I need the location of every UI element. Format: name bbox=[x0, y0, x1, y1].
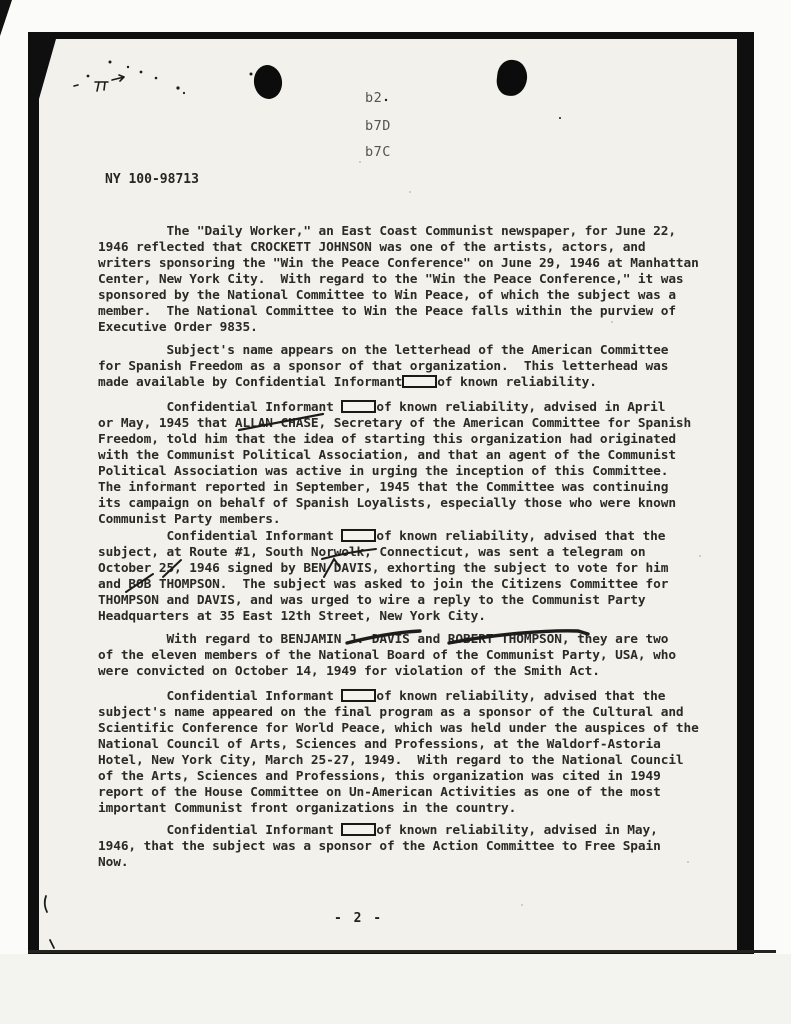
text-line: Headquarters at 35 East 12th Street, New… bbox=[98, 609, 738, 625]
text-line: were convicted on October 14, 1949 for v… bbox=[98, 664, 738, 680]
text-line: subject, at Route #1, South Norwolk, Con… bbox=[98, 545, 738, 561]
scanned-document-page: b2b7Db7C NY 100-98713 The "Daily Worker,… bbox=[0, 0, 791, 1024]
text-line: October 25, 1946 signed by BEN DAVIS, ex… bbox=[98, 561, 738, 577]
text-line: Confidential Informant of known reliabil… bbox=[98, 689, 738, 705]
text-line: Subject's name appears on the letterhead… bbox=[98, 343, 738, 359]
paragraph: With regard to BENJAMIN J. DAVIS and ROB… bbox=[98, 632, 738, 680]
text-line: Confidential Informant of known reliabil… bbox=[98, 529, 738, 545]
text-line: THOMPSON and DAVIS, and was urged to wir… bbox=[98, 593, 738, 609]
page-number: - 2 - bbox=[334, 911, 383, 926]
text-line: Confidential Informant of known reliabil… bbox=[98, 400, 738, 416]
text-line: and BOB THOMPSON. The subject was asked … bbox=[98, 577, 738, 593]
paragraph: Confidential Informant of known reliabil… bbox=[98, 400, 738, 528]
paragraph: The "Daily Worker," an East Coast Commun… bbox=[98, 224, 738, 336]
text-line: Communist Party members. bbox=[98, 512, 738, 528]
text-line: subject's name appeared on the final pro… bbox=[98, 705, 738, 721]
paragraph: Confidential Informant of known reliabil… bbox=[98, 689, 738, 817]
text-line: Political Association was active in urgi… bbox=[98, 464, 738, 480]
text-line: of the eleven members of the National Bo… bbox=[98, 648, 738, 664]
text-line: its campaign on behalf of Spanish Loyali… bbox=[98, 496, 738, 512]
text-line: for Spanish Freedom as a sponsor of that… bbox=[98, 359, 738, 375]
text-line: Confidential Informant of known reliabil… bbox=[98, 823, 738, 839]
text-line: Center, New York City. With regard to th… bbox=[98, 272, 738, 288]
text-line: of the Arts, Sciences and Professions, t… bbox=[98, 769, 738, 785]
text-line: writers sponsoring the "Win the Peace Co… bbox=[98, 256, 738, 272]
text-line: Freedom, told him that the idea of start… bbox=[98, 432, 738, 448]
text-line: Executive Order 9835. bbox=[98, 320, 738, 336]
text-line: With regard to BENJAMIN J. DAVIS and ROB… bbox=[98, 632, 738, 648]
text-line: member. The National Committee to Win th… bbox=[98, 304, 738, 320]
typewritten-text: The "Daily Worker," an East Coast Commun… bbox=[0, 0, 791, 1024]
paragraph: Subject's name appears on the letterhead… bbox=[98, 343, 738, 391]
text-line: The "Daily Worker," an East Coast Commun… bbox=[98, 224, 738, 240]
paragraph: Confidential Informant of known reliabil… bbox=[98, 529, 738, 625]
redaction-box bbox=[341, 823, 376, 836]
redaction-box bbox=[341, 689, 376, 702]
redaction-box bbox=[341, 529, 376, 542]
text-line: Scientific Conference for World Peace, w… bbox=[98, 721, 738, 737]
paragraph: Confidential Informant of known reliabil… bbox=[98, 823, 738, 871]
text-line: National Council of Arts, Sciences and P… bbox=[98, 737, 738, 753]
text-line: made available by Confidential Informant… bbox=[98, 375, 738, 391]
redaction-box bbox=[402, 375, 437, 388]
text-line: or May, 1945 that ALLAN CHASE, Secretary… bbox=[98, 416, 738, 432]
text-line: important Communist front organizations … bbox=[98, 801, 738, 817]
text-line: Now. bbox=[98, 855, 738, 871]
text-line: sponsored by the National Committee to W… bbox=[98, 288, 738, 304]
text-line: The informant reported in September, 194… bbox=[98, 480, 738, 496]
text-line: with the Communist Political Association… bbox=[98, 448, 738, 464]
text-line: 1946 reflected that CROCKETT JOHNSON was… bbox=[98, 240, 738, 256]
text-line: Hotel, New York City, March 25-27, 1949.… bbox=[98, 753, 738, 769]
redaction-box bbox=[341, 400, 376, 413]
text-line: report of the House Committee on Un-Amer… bbox=[98, 785, 738, 801]
text-line: 1946, that the subject was a sponsor of … bbox=[98, 839, 738, 855]
